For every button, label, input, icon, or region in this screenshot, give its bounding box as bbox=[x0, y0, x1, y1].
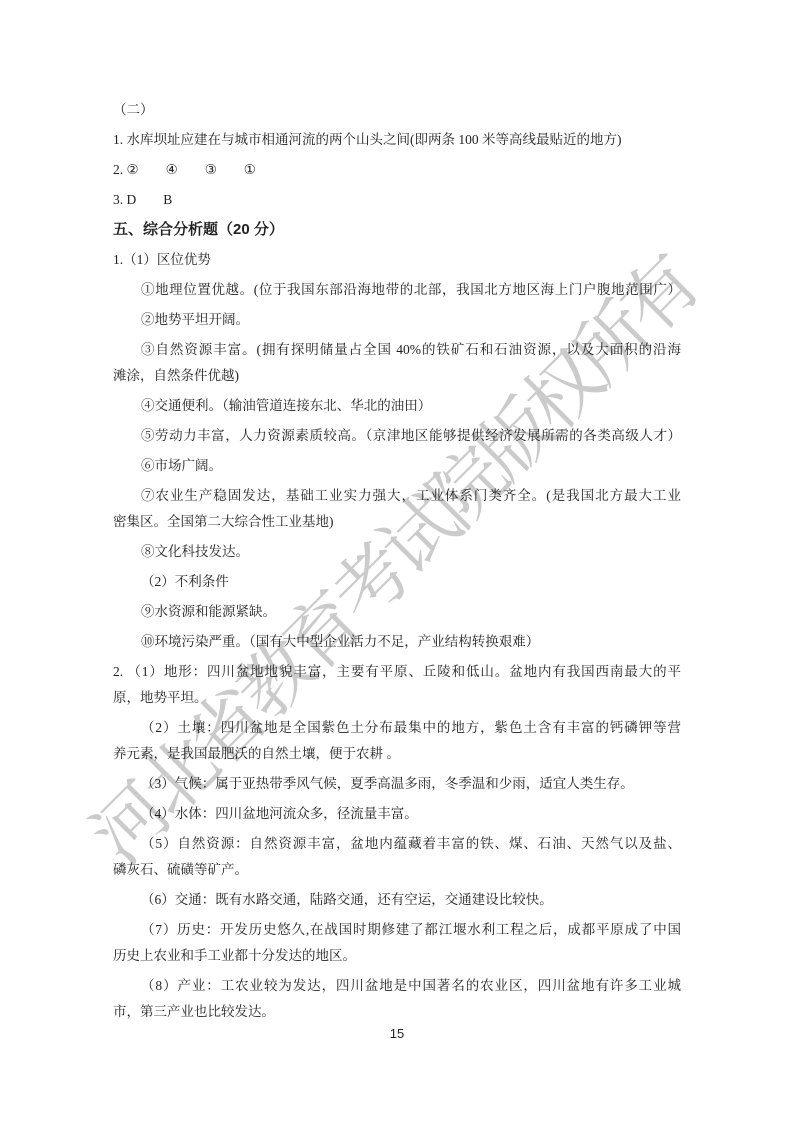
page-number: 15 bbox=[0, 1026, 794, 1041]
document-content: （二）1. 水库坝址应建在与城市相通河流的两个山头之间(即两条 100 米等高线… bbox=[113, 97, 681, 1025]
text-line: ⑩环境污染严重。（国有大中型企业活力不足，产业结构转换艰难） bbox=[113, 629, 681, 655]
text-line: 1.（1）区位优势 bbox=[113, 247, 681, 273]
text-line: （7）历史：开发历史悠久,在战国时期修建了都江堰水利工程之后，成都平原成了中国 bbox=[113, 917, 681, 943]
text-line: ④交通便利。（输油管道连接东北、华北的油田） bbox=[113, 393, 681, 419]
text-line: （3）气候：属于亚热带季风气候，夏季高温多雨，冬季温和少雨，适宜人类生存。 bbox=[113, 771, 681, 797]
text-line: 2. （1）地形：四川盆地地貌丰富，主要有平原、丘陵和低山。盆地内有我国西南最大… bbox=[113, 659, 681, 685]
text-line: 1. 水库坝址应建在与城市相通河流的两个山头之间(即两条 100 米等高线最贴近… bbox=[113, 127, 681, 153]
text-line: ⑧文化科技发达。 bbox=[113, 539, 681, 565]
text-line: 历史上农业和手工业都十分发达的地区。 bbox=[113, 943, 681, 969]
text-line: 滩涂，自然条件优越) bbox=[113, 363, 681, 389]
text-line: ⑨水资源和能源紧缺。 bbox=[113, 599, 681, 625]
text-line: ③自然资源丰富。(拥有探明储量占全国 40%的铁矿石和石油资源，以及大面积的沿海 bbox=[113, 337, 681, 363]
text-line: （8）产业：工农业较为发达，四川盆地是中国著名的农业区，四川盆地有许多工业城 bbox=[113, 973, 681, 999]
text-line: （2）土壤：四川盆地是全国紫色土分布最集中的地方，紫色土含有丰富的钙磷钾等营 bbox=[113, 715, 681, 741]
document-page: 河北省教育考试院版权所有 （二）1. 水库坝址应建在与城市相通河流的两个山头之间… bbox=[0, 0, 794, 1123]
text-line: 密集区。全国第二大综合性工业基地) bbox=[113, 509, 681, 535]
text-line: 原，地势平坦。 bbox=[113, 685, 681, 711]
text-line: （2）不利条件 bbox=[113, 569, 681, 595]
text-line: ⑦农业生产稳固发达，基础工业实力强大，工业体系门类齐全。(是我国北方最大工业 bbox=[113, 483, 681, 509]
text-line: ⑤劳动力丰富，人力资源素质较高。（京津地区能够提供经济发展所需的各类高级人才） bbox=[113, 423, 681, 449]
section-heading: 五、综合分析题（20 分） bbox=[113, 217, 681, 243]
text-line: （5）自然资源：自然资源丰富，盆地内蕴藏着丰富的铁、煤、石油、天然气以及盐、 bbox=[113, 831, 681, 857]
text-line: （6）交通：既有水路交通，陆路交通，还有空运，交通建设比较快。 bbox=[113, 887, 681, 913]
text-line: 2. ② ④ ③ ① bbox=[113, 157, 681, 183]
text-line: 养元素，是我国最肥沃的自然土壤，便于农耕 。 bbox=[113, 741, 681, 767]
text-line: ①地理位置优越。(位于我国东部沿海地带的北部，我国北方地区海上门户腹地范围广） bbox=[113, 277, 681, 303]
text-line: 磷灰石、硫磺等矿产。 bbox=[113, 857, 681, 883]
text-line: ②地势平坦开阔。 bbox=[113, 307, 681, 333]
text-line: （二） bbox=[113, 97, 681, 123]
text-line: （4）水体：四川盆地河流众多，径流量丰富。 bbox=[113, 801, 681, 827]
text-line: ⑥市场广阔。 bbox=[113, 453, 681, 479]
text-line: 3. D B bbox=[113, 187, 681, 213]
text-line: 市，第三产业也比较发达。 bbox=[113, 999, 681, 1025]
